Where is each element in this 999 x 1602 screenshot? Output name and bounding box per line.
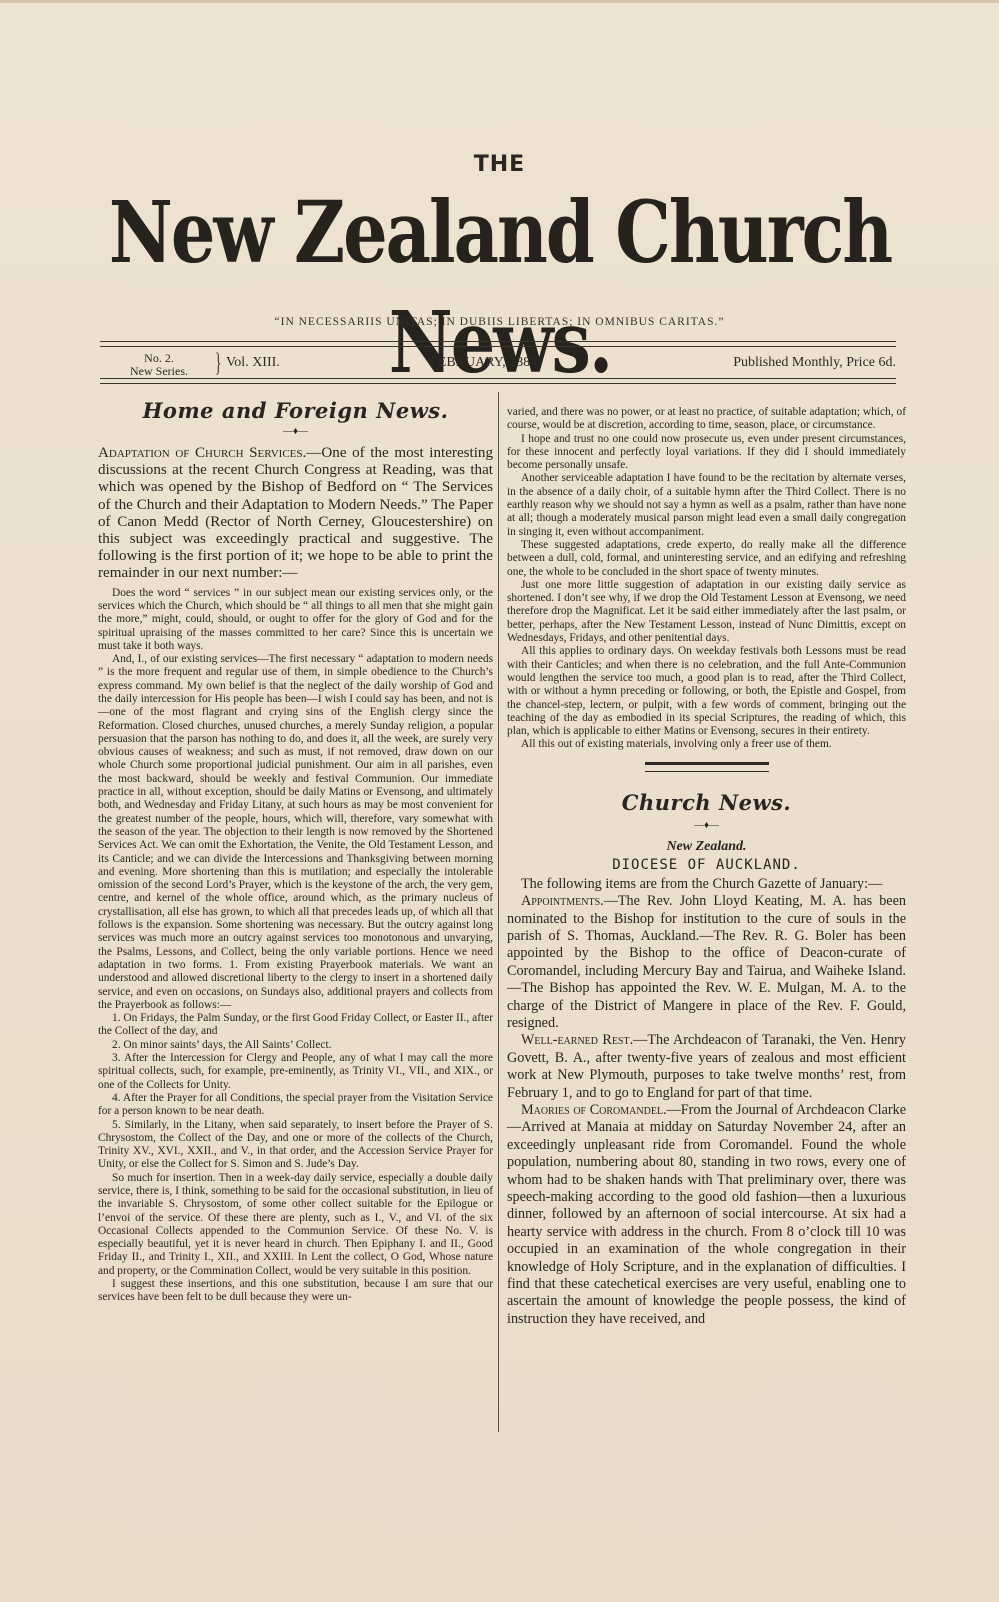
left-column: Home and Foreign News. —♦— Adaptation of… bbox=[98, 392, 493, 1305]
article-continuation: varied, and there was no power, or at le… bbox=[507, 406, 906, 752]
news-item-text: —From the Journal of Archdeacon Clarke—A… bbox=[507, 1102, 906, 1327]
news-item-heading: Maories of Coromandel. bbox=[521, 1102, 667, 1118]
news-item: Appointments.—The Rev. John Lloyd Keatin… bbox=[507, 893, 906, 1032]
news-item: Maories of Coromandel.—From the Journal … bbox=[507, 1102, 906, 1328]
section-title-home-foreign: Home and Foreign News. bbox=[98, 398, 493, 423]
lead-paragraph: Adaptation of Church Services.—One of th… bbox=[98, 445, 493, 583]
news-item-text: —The Rev. John Lloyd Keating, M. A. has … bbox=[507, 893, 906, 1031]
lead-text: —One of the most interesting discussions… bbox=[98, 445, 493, 581]
paragraph: I hope and trust no one could now prosec… bbox=[507, 433, 906, 473]
ornament-divider: —♦— bbox=[507, 819, 906, 833]
lead-heading: Adaptation of Church Services. bbox=[98, 445, 306, 461]
masthead-the: THE bbox=[0, 152, 999, 177]
issue-date: FEBRUARY, 1884. bbox=[430, 355, 541, 371]
paragraph: Another serviceable adaptation I have fo… bbox=[507, 472, 906, 538]
paragraph: 1. On Fridays, the Palm Sunday, or the f… bbox=[98, 1012, 493, 1039]
paragraph: 4. After the Prayer for all Conditions, … bbox=[98, 1092, 493, 1119]
paragraph: And, I., of our existing services—The fi… bbox=[98, 653, 493, 1012]
brace-glyph: } bbox=[215, 350, 221, 376]
paragraph: 5. Similarly, in the Litany, when said s… bbox=[98, 1119, 493, 1172]
paragraph: Just one more little suggestion of adapt… bbox=[507, 579, 906, 645]
paragraph: All this applies to ordinary days. On we… bbox=[507, 645, 906, 738]
paragraph: These suggested adaptations, crede exper… bbox=[507, 539, 906, 579]
article-body: Does the word “ services ” in our subjec… bbox=[98, 587, 493, 1305]
page-top-edge bbox=[0, 0, 999, 3]
paragraph: varied, and there was no power, or at le… bbox=[507, 406, 906, 433]
section-separator bbox=[645, 762, 769, 772]
paragraph: So much for insertion. Then in a week-da… bbox=[98, 1172, 493, 1278]
dateline: No. 2. New Series. } Vol. XIII. FEBRUARY… bbox=[100, 350, 896, 380]
ornament-divider: —♦— bbox=[98, 425, 493, 439]
dateline-rule bbox=[100, 378, 896, 384]
news-item-heading: Well-earned Rest. bbox=[521, 1032, 633, 1048]
news-item-heading: Appointments. bbox=[521, 893, 604, 909]
issue-number-block: No. 2. New Series. bbox=[130, 352, 188, 378]
volume: Vol. XIII. bbox=[226, 355, 280, 371]
column-divider bbox=[498, 392, 499, 1432]
paragraph: 2. On minor saints’ days, the All Saints… bbox=[98, 1039, 493, 1052]
masthead-motto: “IN NECESSARIIS UNITAS; IN DUBIIS LIBERT… bbox=[0, 316, 999, 328]
region-subheading: New Zealand. bbox=[507, 839, 906, 855]
paragraph: Does the word “ services ” in our subjec… bbox=[98, 587, 493, 653]
issue-series: New Series. bbox=[130, 365, 188, 378]
intro-paragraph: The following items are from the Church … bbox=[507, 876, 906, 893]
price-note: Published Monthly, Price 6d. bbox=[733, 355, 896, 371]
section-title-church-news: Church News. bbox=[507, 790, 906, 815]
masthead-rule bbox=[100, 341, 896, 347]
diocese-heading: DIOCESE OF AUCKLAND. bbox=[507, 857, 906, 873]
newspaper-page: THE New Zealand Church News. “IN NECESSA… bbox=[0, 0, 999, 1602]
paragraph: All this out of existing materials, invo… bbox=[507, 738, 906, 751]
news-item: Well-earned Rest.—The Archdeacon of Tara… bbox=[507, 1032, 906, 1102]
paragraph: I suggest these insertions, and this one… bbox=[98, 1278, 493, 1305]
paragraph: 3. After the Intercession for Clergy and… bbox=[98, 1052, 493, 1092]
church-news-body: The following items are from the Church … bbox=[507, 876, 906, 1329]
right-column: varied, and there was no power, or at le… bbox=[507, 406, 906, 1328]
